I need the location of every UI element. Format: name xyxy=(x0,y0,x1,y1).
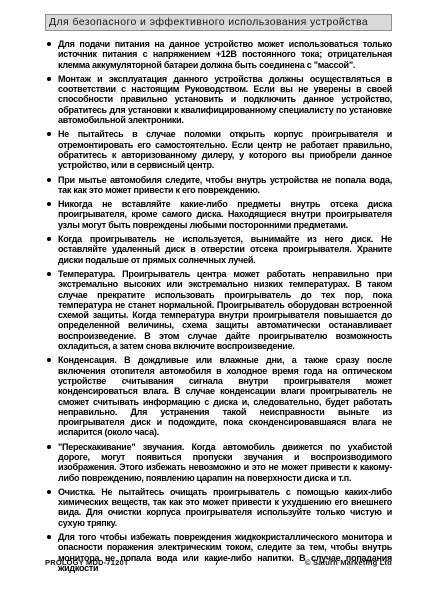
bullet-icon xyxy=(47,535,51,539)
bullet-list: Для подачи питания на данное устройство … xyxy=(45,39,392,577)
bullet-item: Температура. Проигрыватель центра может … xyxy=(45,269,392,351)
bullet-item: Для подачи питания на данное устройство … xyxy=(45,39,392,70)
footer-page-number: 7 xyxy=(215,558,219,567)
bullet-icon xyxy=(47,237,51,241)
bullet-item: Для того чтобы избежать повреждения жидк… xyxy=(45,532,392,573)
bullet-item: Никогда не вставляйте какие-либо предмет… xyxy=(45,199,392,230)
bullet-item: При мытье автомобиля следите, чтобы внут… xyxy=(45,175,392,196)
bullet-icon xyxy=(47,178,51,182)
bullet-item: Не пытайтесь в случае поломки открыть ко… xyxy=(45,129,392,170)
bullet-text: Температура. Проигрыватель центра может … xyxy=(58,269,392,351)
bullet-text: Не пытайтесь в случае поломки открыть ко… xyxy=(58,129,392,170)
bullet-icon xyxy=(47,42,51,46)
bullet-text: "Перескакивание" звучания. Когда автомоб… xyxy=(58,442,392,483)
bullet-text: Монтаж и эксплуатация данного устройства… xyxy=(58,74,392,125)
bullet-item: Конденсация. В дождливые или влажные дни… xyxy=(45,355,392,437)
bullet-item: Когда проигрыватель не используется, вын… xyxy=(45,234,392,265)
manual-page: Для безопасного и эффективного использов… xyxy=(0,0,421,595)
bullet-icon xyxy=(47,202,51,206)
bullet-text: При мытье автомобиля следите, чтобы внут… xyxy=(58,175,392,196)
bullet-icon xyxy=(47,272,51,276)
bullet-text: Никогда не вставляйте какие-либо предмет… xyxy=(58,199,392,230)
bullet-text: Когда проигрыватель не используется, вын… xyxy=(58,234,392,265)
section-title: Для безопасного и эффективного использов… xyxy=(49,16,368,28)
page-footer: PROLOGY MDD-7120T 7 © Saturn Marketing L… xyxy=(45,558,392,567)
bullet-text: Для подачи питания на данное устройство … xyxy=(58,39,392,70)
bullet-icon xyxy=(47,490,51,494)
footer-model: PROLOGY MDD-7120T xyxy=(45,558,129,567)
bullet-icon xyxy=(47,445,51,449)
bullet-text: Очистка. Не пытайтесь очищать проигрыват… xyxy=(58,487,392,528)
bullet-text: Конденсация. В дождливые или влажные дни… xyxy=(58,355,392,437)
bullet-text: Для того чтобы избежать повреждения жидк… xyxy=(58,532,392,573)
bullet-icon xyxy=(47,77,51,81)
section-header: Для безопасного и эффективного использов… xyxy=(45,14,392,31)
bullet-item: "Перескакивание" звучания. Когда автомоб… xyxy=(45,442,392,483)
bullet-item: Монтаж и эксплуатация данного устройства… xyxy=(45,74,392,125)
bullet-icon xyxy=(47,358,51,362)
footer-copyright: © Saturn Marketing Ltd xyxy=(305,558,392,567)
bullet-item: Очистка. Не пытайтесь очищать проигрыват… xyxy=(45,487,392,528)
bullet-icon xyxy=(47,132,51,136)
